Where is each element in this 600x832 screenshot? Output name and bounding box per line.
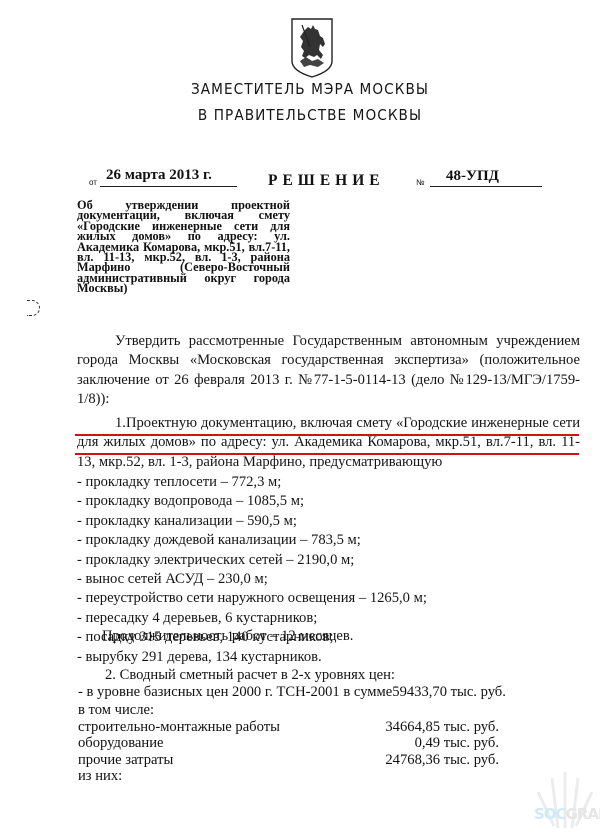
cost-value: 24768,36 тыс. руб. [385,752,499,769]
works-list-item: - прокладку электрических сетей – 2190,0… [77,551,427,570]
item-1-line: 13, мкр.52, вл. 1-3, района Марфино, пре… [77,453,580,472]
letterhead-line-1: ЗАМЕСТИТЕЛЬ МЭРА МОСКВЫ [37,80,583,98]
cost-label: в том числе: [78,702,499,719]
letterhead-line-2: В ПРАВИТЕЛЬСТВЕ МОСКВЫ [37,106,583,124]
works-list-item: - пересадку 4 деревьев, 6 кустарников; [77,609,427,628]
cost-row: строительно-монтажные работы 34664,85 ты… [78,719,499,736]
cost-label: - в уровне базисных цен 2000 г. ТСН-2001… [78,684,392,702]
item-2-title: 2. Сводный сметный расчет в 2-х уровнях … [105,667,395,684]
cost-row: - в уровне базисных цен 2000 г. ТСН-2001… [78,684,499,702]
moscow-coat-of-arms-icon [290,17,334,79]
cost-row: из них: [78,768,499,785]
date-label: от [89,178,97,187]
watermark-text-a: SOC [534,805,566,823]
item-1-line: для жилых домов» по адресу: ул. Академик… [77,433,580,452]
date-underline [100,186,237,187]
intro-line: Утвердить рассмотренные Государственным … [77,332,580,351]
cost-label: из них: [78,768,499,785]
works-list-item: - прокладку канализации – 590,5 м; [77,512,427,531]
number-underline [430,186,542,187]
decision-number: 48-УПД [446,168,499,185]
item-1-line: 1.Проектную документацию, включая смету … [77,414,580,433]
cost-label: прочие затраты [78,752,385,769]
cost-value: 59433,70 тыс. руб. [392,684,506,702]
punch-hole-mark [27,300,40,316]
decision-subject: Об утверждении проектной документации, в… [77,200,290,294]
works-list-item: - прокладку дождевой канализации – 783,5… [77,531,427,550]
cost-table: - в уровне базисных цен 2000 г. ТСН-2001… [78,684,499,785]
cost-row: в том числе: [78,702,499,719]
watermark-text-b: GRAD [566,805,600,823]
works-list-item: - прокладку теплосети – 772,3 м; [77,473,427,492]
intro-line: 1/8)): [77,390,580,409]
intro-line: заключение от 26 февраля 2013 г. №77-1-5… [77,371,580,390]
cost-label: оборудование [78,735,415,752]
work-duration: Продолжительность работ – 12 месяцев. [102,628,353,645]
cost-value: 0,49 тыс. руб. [415,735,499,752]
intro-line: города Москвы «Московская государственна… [77,351,580,370]
cost-row: прочие затраты 24768,36 тыс. руб. [78,752,499,769]
intro-paragraph: Утвердить рассмотренные Государственным … [77,332,580,409]
works-list-item: - переустройство сети наружного освещени… [77,589,427,608]
decision-date: 26 марта 2013 г. [106,167,212,184]
red-highlight-underline [75,453,579,455]
works-list-item: - прокладку водопровода – 1085,5 м; [77,492,427,511]
works-list-item: - вырубку 291 дерева, 134 кустарников. [77,648,427,667]
cost-value: 34664,85 тыс. руб. [385,719,499,736]
number-label: № [416,178,425,187]
red-highlight-underline [75,434,579,436]
watermark-text: SOCGRAD [534,805,600,823]
cost-label: строительно-монтажные работы [78,719,385,736]
item-1-paragraph: 1.Проектную документацию, включая смету … [77,414,580,472]
document-type-title: РЕШЕНИЕ [268,172,385,190]
document-page: ЗАМЕСТИТЕЛЬ МЭРА МОСКВЫ В ПРАВИТЕЛЬСТВЕ … [0,0,600,832]
cost-row: оборудование 0,49 тыс. руб. [78,735,499,752]
works-list-item: - вынос сетей АСУД – 230,0 м; [77,570,427,589]
